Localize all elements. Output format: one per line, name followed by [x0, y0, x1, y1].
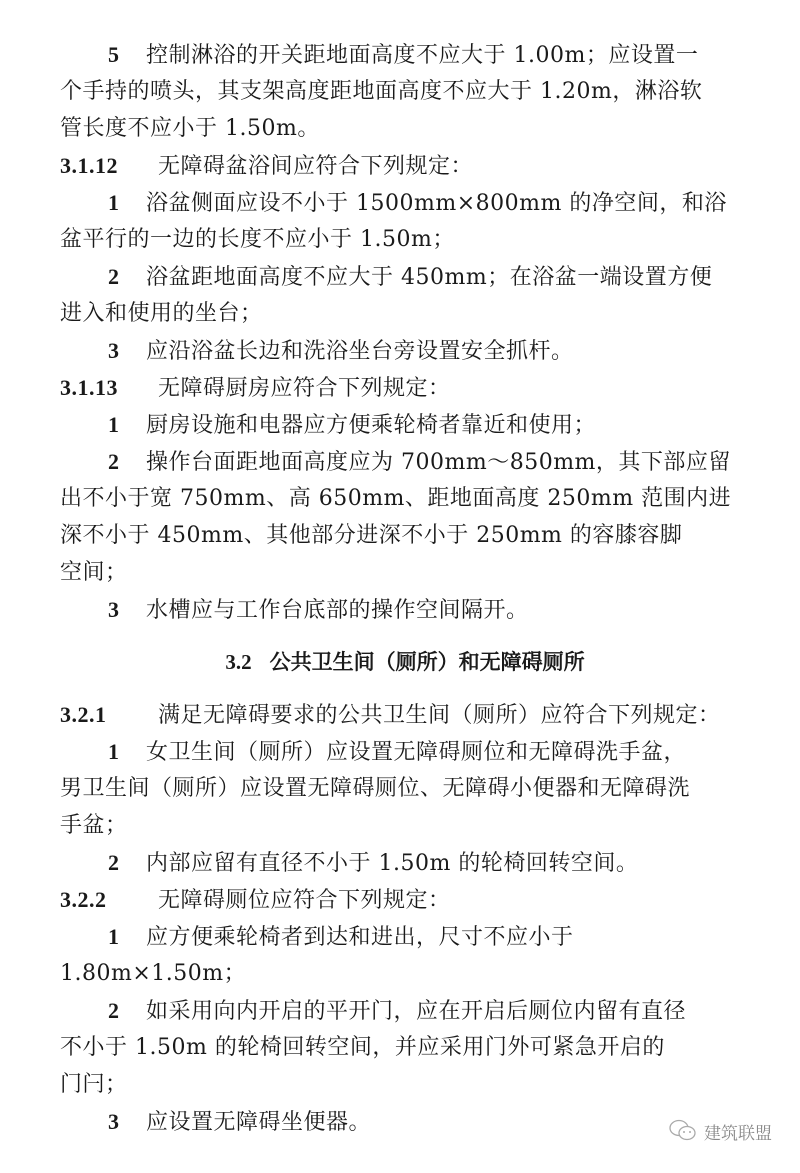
item-number: 2 — [108, 992, 146, 1029]
item-number: 1 — [108, 733, 146, 770]
item-line: 3水槽应与工作台底部的操作空间隔开。 — [60, 591, 750, 628]
line-text: 无障碍盆浴间应符合下列规定： — [158, 154, 473, 179]
item-line: 1厨房设施和电器应方便乘轮椅者靠近和使用； — [60, 406, 750, 443]
line-text: 男卫生间（厕所）应设置无障碍厕位、无障碍小便器和无障碍洗 — [60, 776, 690, 801]
item-line: 3应设置无障碍坐便器。 — [60, 1103, 750, 1140]
line-text: 个手持的喷头，其支架高度距地面高度不应大于 1.20m，淋浴软 — [60, 79, 702, 104]
line-text: 应方便乘轮椅者到达和进出，尺寸不应小于 — [146, 925, 574, 950]
item-number: 2 — [108, 258, 146, 295]
item-line: 5控制淋浴的开关距地面高度不应大于 1.00m；应设置一 — [60, 36, 750, 73]
line-text: 操作台面距地面高度应为 700mm～850mm，其下部应留 — [146, 450, 731, 475]
item-number: 1 — [108, 918, 146, 955]
line-text: 应沿浴盆长边和洗浴坐台旁设置安全抓杆。 — [146, 339, 574, 364]
continuation-line: 管长度不应小于 1.50m。 — [60, 110, 750, 147]
item-number: 1 — [108, 406, 146, 443]
section-number: 3.2 — [225, 650, 251, 674]
wechat-icon — [668, 1118, 698, 1144]
continuation-line: 个手持的喷头，其支架高度距地面高度不应大于 1.20m，淋浴软 — [60, 73, 750, 110]
item-line: 2操作台面距地面高度应为 700mm～850mm，其下部应留 — [60, 443, 750, 480]
item-line: 1女卫生间（厕所）应设置无障碍厕位和无障碍洗手盆， — [60, 733, 750, 770]
item-number: 2 — [108, 443, 146, 480]
line-text: 不小于 1.50m 的轮椅回转空间，并应采用门外可紧急开启的 — [60, 1035, 665, 1060]
line-text: 应设置无障碍坐便器。 — [146, 1110, 371, 1135]
line-text: 浴盆距地面高度不应大于 450mm；在浴盆一端设置方便 — [146, 265, 712, 290]
continuation-line: 门闩； — [60, 1066, 750, 1103]
item-number: 1 — [108, 184, 146, 221]
item-line: 2浴盆距地面高度不应大于 450mm；在浴盆一端设置方便 — [60, 258, 750, 295]
item-number: 3 — [108, 1103, 146, 1140]
line-text: 1.80m×1.50m； — [60, 961, 246, 986]
continuation-line: 手盆； — [60, 807, 750, 844]
line-text: 无障碍厨房应符合下列规定： — [158, 376, 451, 401]
line-text: 出不小于宽 750mm、高 650mm、距地面高度 250mm 范围内进 — [60, 486, 731, 511]
clause-number: 3.2.2 — [60, 881, 158, 918]
line-text: 门闩； — [60, 1072, 128, 1097]
line-text: 女卫生间（厕所）应设置无障碍厕位和无障碍洗手盆， — [146, 740, 686, 765]
line-text: 满足无障碍要求的公共卫生间（厕所）应符合下列规定： — [158, 703, 721, 728]
item-line: 1浴盆侧面应设不小于 1500mm×800mm 的净空间，和浴 — [60, 184, 750, 221]
continuation-line: 空间； — [60, 554, 750, 591]
line-text: 浴盆侧面应设不小于 1500mm×800mm 的净空间，和浴 — [146, 191, 727, 216]
continuation-line: 盆平行的一边的长度不应小于 1.50m； — [60, 221, 750, 258]
item-number: 3 — [108, 332, 146, 369]
clause-number: 3.1.12 — [60, 147, 158, 184]
section-title: 公共卫生间（厕所）和无障碍厕所 — [270, 650, 585, 674]
continuation-line: 进入和使用的坐台； — [60, 295, 750, 332]
continuation-line: 出不小于宽 750mm、高 650mm、距地面高度 250mm 范围内进 — [60, 480, 750, 517]
clause-line: 3.2.2无障碍厕位应符合下列规定： — [60, 881, 750, 918]
continuation-line: 男卫生间（厕所）应设置无障碍厕位、无障碍小便器和无障碍洗 — [60, 770, 750, 807]
line-text: 管长度不应小于 1.50m。 — [60, 116, 320, 141]
continuation-line: 深不小于 450mm、其他部分进深不小于 250mm 的容膝容脚 — [60, 517, 750, 554]
item-number: 3 — [108, 591, 146, 628]
line-text: 内部应留有直径不小于 1.50m 的轮椅回转空间。 — [146, 851, 638, 876]
section-heading: 3.2公共卫生间（厕所）和无障碍厕所 — [60, 634, 750, 690]
line-text: 控制淋浴的开关距地面高度不应大于 1.00m；应设置一 — [146, 43, 698, 68]
watermark: 建筑联盟 — [668, 1118, 772, 1144]
item-line: 2如采用向内开启的平开门，应在开启后厕位内留有直径 — [60, 992, 750, 1029]
clause-line: 3.1.13无障碍厨房应符合下列规定： — [60, 369, 750, 406]
line-text: 厨房设施和电器应方便乘轮椅者靠近和使用； — [146, 413, 596, 438]
line-text: 进入和使用的坐台； — [60, 301, 263, 326]
item-line: 3应沿浴盆长边和洗浴坐台旁设置安全抓杆。 — [60, 332, 750, 369]
item-line: 1应方便乘轮椅者到达和进出，尺寸不应小于 — [60, 918, 750, 955]
line-text: 无障碍厕位应符合下列规定： — [158, 888, 451, 913]
continuation-line: 1.80m×1.50m； — [60, 955, 750, 992]
item-line: 2内部应留有直径不小于 1.50m 的轮椅回转空间。 — [60, 844, 750, 881]
line-text: 深不小于 450mm、其他部分进深不小于 250mm 的容膝容脚 — [60, 523, 682, 548]
document-page: 5控制淋浴的开关距地面高度不应大于 1.00m；应设置一个手持的喷头，其支架高度… — [60, 36, 750, 1140]
item-number: 2 — [108, 844, 146, 881]
line-text: 盆平行的一边的长度不应小于 1.50m； — [60, 227, 455, 252]
line-text: 手盆； — [60, 813, 128, 838]
watermark-text: 建筑联盟 — [704, 1119, 772, 1144]
section-3-1-continued: 5控制淋浴的开关距地面高度不应大于 1.00m；应设置一个手持的喷头，其支架高度… — [60, 36, 750, 628]
item-number: 5 — [108, 36, 146, 73]
line-text: 如采用向内开启的平开门，应在开启后厕位内留有直径 — [146, 999, 686, 1024]
clause-line: 3.2.1满足无障碍要求的公共卫生间（厕所）应符合下列规定： — [60, 696, 750, 733]
line-text: 水槽应与工作台底部的操作空间隔开。 — [146, 598, 529, 623]
section-3-2: 3.2.1满足无障碍要求的公共卫生间（厕所）应符合下列规定：1女卫生间（厕所）应… — [60, 696, 750, 1140]
continuation-line: 不小于 1.50m 的轮椅回转空间，并应采用门外可紧急开启的 — [60, 1029, 750, 1066]
line-text: 空间； — [60, 560, 128, 585]
clause-line: 3.1.12无障碍盆浴间应符合下列规定： — [60, 147, 750, 184]
clause-number: 3.1.13 — [60, 369, 158, 406]
clause-number: 3.2.1 — [60, 696, 158, 733]
